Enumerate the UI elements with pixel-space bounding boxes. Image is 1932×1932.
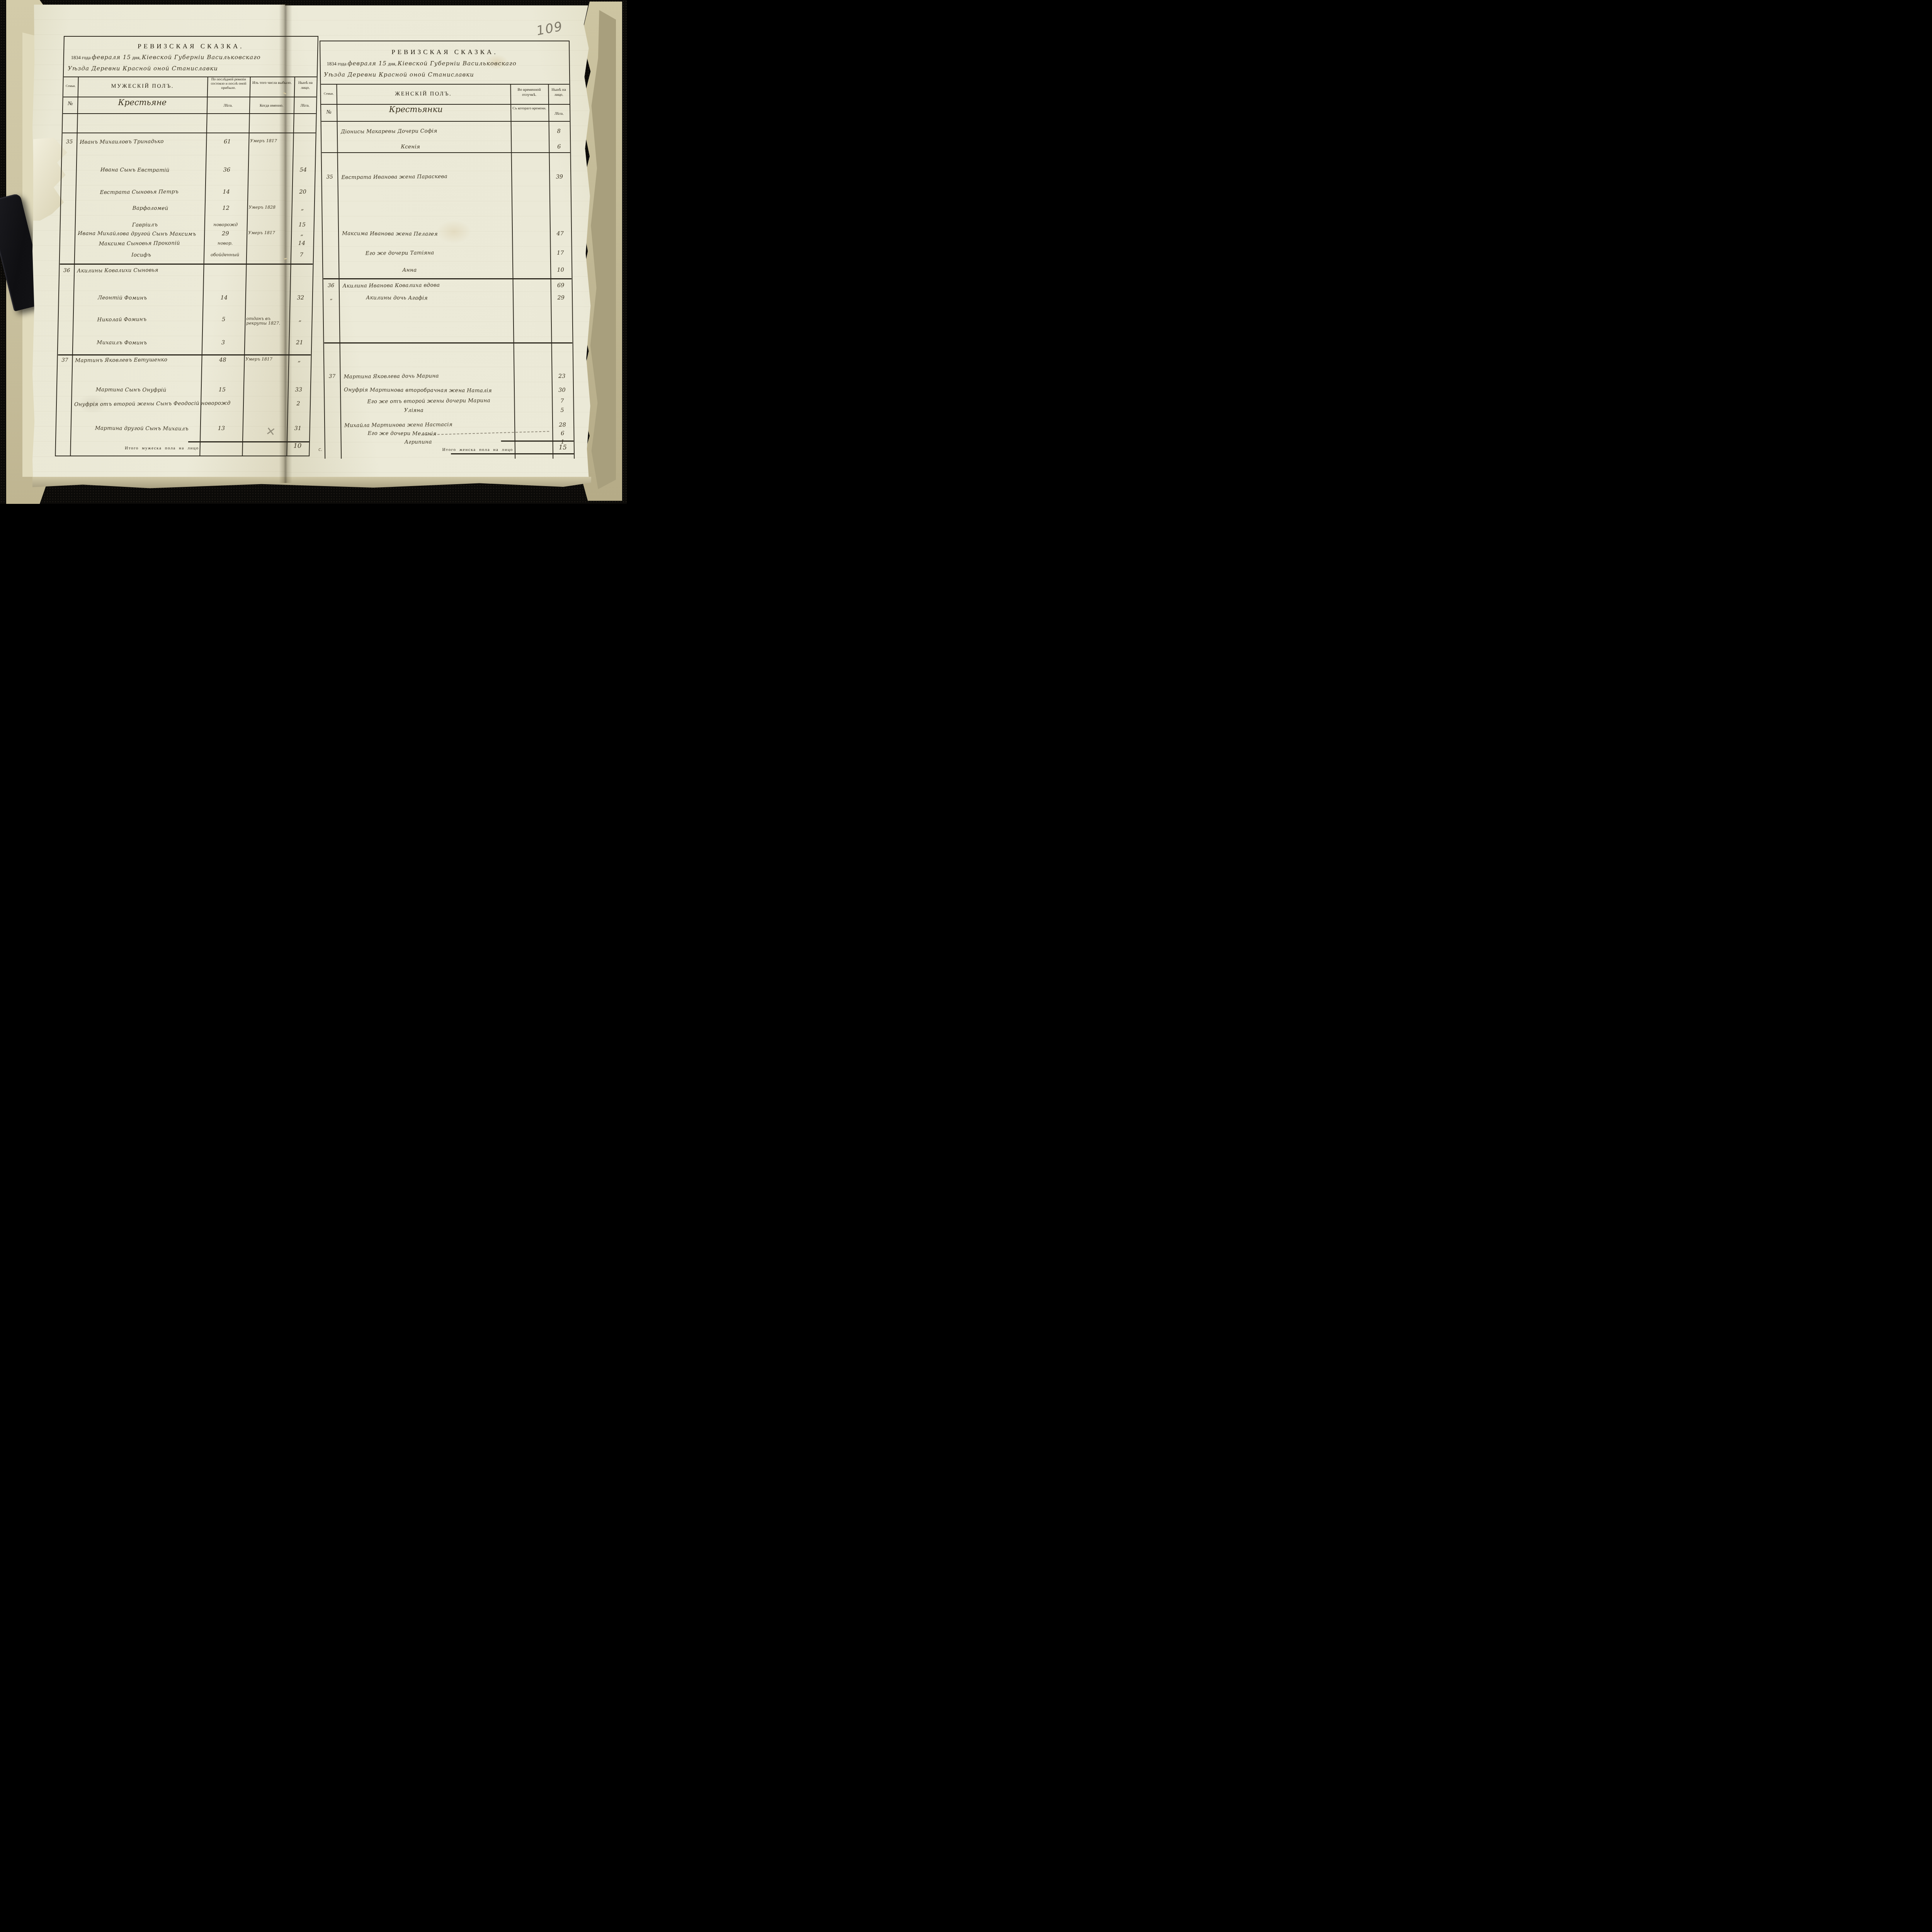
family-separator-rule bbox=[60, 264, 313, 265]
table-row: Анна10 bbox=[323, 267, 571, 277]
table-row: Его же отъ второй жены дочери Марина7 bbox=[325, 398, 573, 408]
age-now-cell: 21 bbox=[289, 340, 310, 346]
age-now-cell: 7 bbox=[552, 398, 572, 404]
table-row: Михаилъ Фоминъ321 bbox=[58, 340, 311, 350]
name-cell: Максима Сыновья Прокопій bbox=[99, 240, 180, 247]
family-separator-rule bbox=[58, 354, 311, 355]
family-number-cell: 37 bbox=[58, 357, 72, 363]
name-cell: Его же дочери Татіяна bbox=[366, 250, 434, 257]
age-now-cell: 6 bbox=[549, 144, 569, 150]
name-cell: Его же отъ второй жены дочери Марина bbox=[367, 398, 490, 405]
family-separator-rule bbox=[323, 278, 572, 279]
name-cell: Евстрата Иванова жена Параскева bbox=[341, 173, 447, 180]
bottom-rule bbox=[451, 453, 574, 454]
table-row: 35Иванъ Михаиловъ Тринадько61Умеръ 1817 bbox=[62, 139, 316, 149]
name-cell: Іосифъ bbox=[131, 252, 151, 258]
age-now-cell: 6 bbox=[552, 430, 573, 437]
table-row: Онуфрія Мартинова второбрачная жена Ната… bbox=[325, 387, 573, 397]
totals-rule bbox=[501, 440, 574, 442]
left-page-table: РЕВИЗСКАЯ СКАЗКА. 1834 года февраля 15 д… bbox=[55, 36, 318, 456]
name-cell: Онуфрія отъ второй жены Сынъ Феодосій но… bbox=[74, 400, 231, 408]
table-row: Максима Сыновья Прокопійновор.14 bbox=[60, 240, 313, 250]
name-cell: Иванъ Михаиловъ Тринадько bbox=[80, 138, 164, 145]
family-number-cell: 36 bbox=[60, 267, 74, 274]
age-now-cell: „ bbox=[289, 316, 311, 323]
name-cell: Михаилъ Фоминъ bbox=[97, 340, 147, 346]
bottom-page-edges bbox=[32, 477, 591, 491]
name-cell: Его же дочери Меланія bbox=[367, 430, 436, 437]
name-cell: Мартина другой Сынъ Михаилъ bbox=[95, 425, 189, 432]
table-row: 37Мартинъ Яковлевъ Евтушенко48Умеръ 1817… bbox=[58, 357, 311, 367]
age-now-cell: 33 bbox=[288, 387, 310, 393]
age-now-cell: 23 bbox=[552, 373, 572, 379]
table-row: Леонтій Фоминъ1432 bbox=[59, 295, 312, 305]
table-row: Николай Фоминъ5отданъ въ рекруты 1827.„ bbox=[58, 316, 312, 327]
departed-when-cell: Умеръ 1817 bbox=[250, 139, 292, 143]
departed-when-cell: отданъ въ рекруты 1827. bbox=[246, 316, 288, 325]
age-now-cell: 54 bbox=[293, 167, 314, 173]
age-previous-cell: 13 bbox=[200, 425, 243, 432]
age-now-cell: 69 bbox=[551, 282, 571, 289]
total-value: 15 bbox=[553, 444, 573, 451]
table-row: Ивана Михайлова другой Сынъ Максимъ29Уме… bbox=[60, 231, 314, 241]
age-now-cell: 7 bbox=[291, 252, 312, 258]
family-number-cell: 36 bbox=[323, 282, 339, 289]
departed-when-cell: Умеръ 1828 bbox=[249, 205, 291, 210]
name-cell: Акилины дочь Агафія bbox=[366, 295, 428, 301]
age-now-cell: 30 bbox=[552, 387, 572, 393]
name-cell: Уліяна bbox=[404, 407, 423, 413]
name-cell: Агрипина bbox=[405, 439, 432, 446]
age-previous-cell: обойденный bbox=[204, 252, 246, 257]
table-row: 36Акилина Иванова Ковалиха вдова69 bbox=[323, 282, 572, 293]
name-cell: Анна bbox=[402, 267, 417, 273]
archival-scan-revision-list: 109 ✕ с. РЕВИЗСКАЯ СКАЗКА. 1834 года фев… bbox=[0, 0, 627, 504]
name-cell: Максима Иванова жена Пелагея bbox=[342, 230, 438, 237]
age-now-cell: 8 bbox=[549, 128, 569, 134]
age-now-cell: 39 bbox=[549, 174, 570, 180]
right-table-body: Діонисы Макаревы Дочери Софія8Ксенія635Е… bbox=[320, 41, 574, 459]
table-row: Мартина Сынъ Онуфрій1533 bbox=[57, 387, 310, 397]
age-previous-cell: 61 bbox=[206, 139, 248, 145]
name-cell: Варфоломей bbox=[132, 205, 168, 212]
table-row: Евстрата Сыновья Петръ1420 bbox=[61, 189, 315, 199]
corner-mark: с. bbox=[318, 447, 322, 452]
age-now-cell: 5 bbox=[552, 407, 573, 413]
table-row: Іосифъобойденный7 bbox=[60, 252, 313, 262]
table-row: Уліяна5 bbox=[325, 407, 573, 417]
table-row: Его же дочери Татіяна17 bbox=[323, 250, 571, 260]
ditto-dash-line bbox=[422, 431, 549, 435]
age-now-cell: 31 bbox=[287, 425, 309, 432]
family-number-cell: „ bbox=[323, 295, 339, 301]
name-cell: Николай Фоминъ bbox=[97, 316, 147, 323]
name-cell: Ксенія bbox=[401, 144, 420, 150]
table-row: 36Акилины Ковалихи Сыновья bbox=[60, 267, 313, 277]
age-now-cell: „ bbox=[291, 205, 313, 211]
age-previous-cell: новорожд bbox=[204, 222, 247, 227]
left-table-body: 35Иванъ Михаиловъ Тринадько61Умеръ 1817И… bbox=[56, 37, 318, 456]
age-previous-cell: 29 bbox=[204, 231, 247, 237]
departed-when-cell: Умеръ 1817 bbox=[248, 231, 290, 235]
age-now-cell: „ bbox=[288, 357, 310, 363]
age-previous-cell: новор. bbox=[204, 240, 247, 246]
name-cell: Ивана Сынъ Евстратій bbox=[100, 167, 170, 173]
age-previous-cell: 14 bbox=[205, 189, 247, 195]
table-row: Ивана Сынъ Евстратій3654 bbox=[61, 167, 315, 177]
age-now-cell: 2 bbox=[287, 401, 309, 407]
total-value: 10 bbox=[287, 442, 308, 449]
age-now-cell: 20 bbox=[292, 189, 313, 195]
name-cell: Акилины Ковалихи Сыновья bbox=[77, 267, 158, 274]
age-previous-cell: 15 bbox=[201, 387, 243, 393]
total-label: Итого мужеска пола на лицо bbox=[78, 446, 199, 451]
table-row: „Акилины дочь Агафія29 bbox=[323, 295, 572, 305]
name-cell: Ивана Михайлова другой Сынъ Максимъ bbox=[78, 230, 196, 237]
age-now-cell: 15 bbox=[291, 222, 313, 228]
name-cell: Мартина Сынъ Онуфрій bbox=[96, 386, 167, 393]
table-row: Максима Иванова жена Пелагея47 bbox=[323, 231, 571, 241]
name-cell: Евстрата Сыновья Петръ bbox=[100, 189, 179, 196]
name-cell: Мартина Яковлева дочь Марина bbox=[344, 373, 439, 380]
name-cell: Акилина Иванова Ковалиха вдова bbox=[343, 282, 440, 289]
right-page-table: РЕВИЗСКАЯ СКАЗКА. 1834 года февраля 15 д… bbox=[320, 41, 575, 459]
table-row: Онуфрія отъ второй жены Сынъ Феодосій но… bbox=[57, 401, 310, 411]
age-now-cell: „ bbox=[291, 231, 313, 237]
family-number-cell: 35 bbox=[322, 174, 337, 180]
age-previous-cell: 5 bbox=[202, 316, 245, 323]
name-cell: Онуфрія Мартинова второбрачная жена Ната… bbox=[344, 387, 492, 394]
name-cell: Діонисы Макаревы Дочери Софія bbox=[341, 128, 437, 135]
name-cell: Мартинъ Яковлевъ Евтушенко bbox=[75, 357, 167, 364]
age-previous-cell: 3 bbox=[202, 340, 244, 346]
age-previous-cell: 14 bbox=[203, 295, 245, 301]
age-now-cell: 29 bbox=[551, 295, 571, 301]
table-row: 37Мартина Яковлева дочь Марина23 bbox=[325, 373, 573, 383]
age-now-cell: 32 bbox=[290, 295, 311, 301]
name-cell: Гавріилъ bbox=[132, 222, 158, 228]
age-now-cell: 14 bbox=[291, 240, 313, 247]
age-now-cell: 17 bbox=[550, 250, 571, 256]
total-label: Итого женска пола на лицо bbox=[421, 447, 513, 452]
table-row: Мартина другой Сынъ Михаилъ1331 bbox=[56, 425, 310, 435]
table-row: Варфоломей12Умеръ 1828„ bbox=[61, 205, 314, 215]
age-now-cell: 10 bbox=[550, 267, 571, 273]
family-separator-rule bbox=[324, 342, 573, 344]
age-previous-cell: 36 bbox=[206, 167, 248, 173]
age-previous-cell: 12 bbox=[204, 205, 247, 211]
name-cell: Леонтій Фоминъ bbox=[98, 295, 147, 301]
age-now-cell: 47 bbox=[550, 231, 570, 237]
table-row: Діонисы Макаревы Дочери Софія8 bbox=[321, 128, 570, 138]
name-cell: Михайла Мартинова жена Настасія bbox=[344, 422, 452, 429]
table-row: 35Евстрата Иванова жена Параскева39 bbox=[322, 174, 570, 184]
family-number-cell: 35 bbox=[62, 139, 77, 145]
departed-when-cell: Умеръ 1817 bbox=[245, 357, 287, 362]
family-number-cell: 37 bbox=[325, 373, 340, 379]
age-previous-cell: 48 bbox=[201, 357, 244, 363]
table-row: Ксенія6 bbox=[321, 144, 570, 154]
age-now-cell: 28 bbox=[552, 422, 573, 428]
